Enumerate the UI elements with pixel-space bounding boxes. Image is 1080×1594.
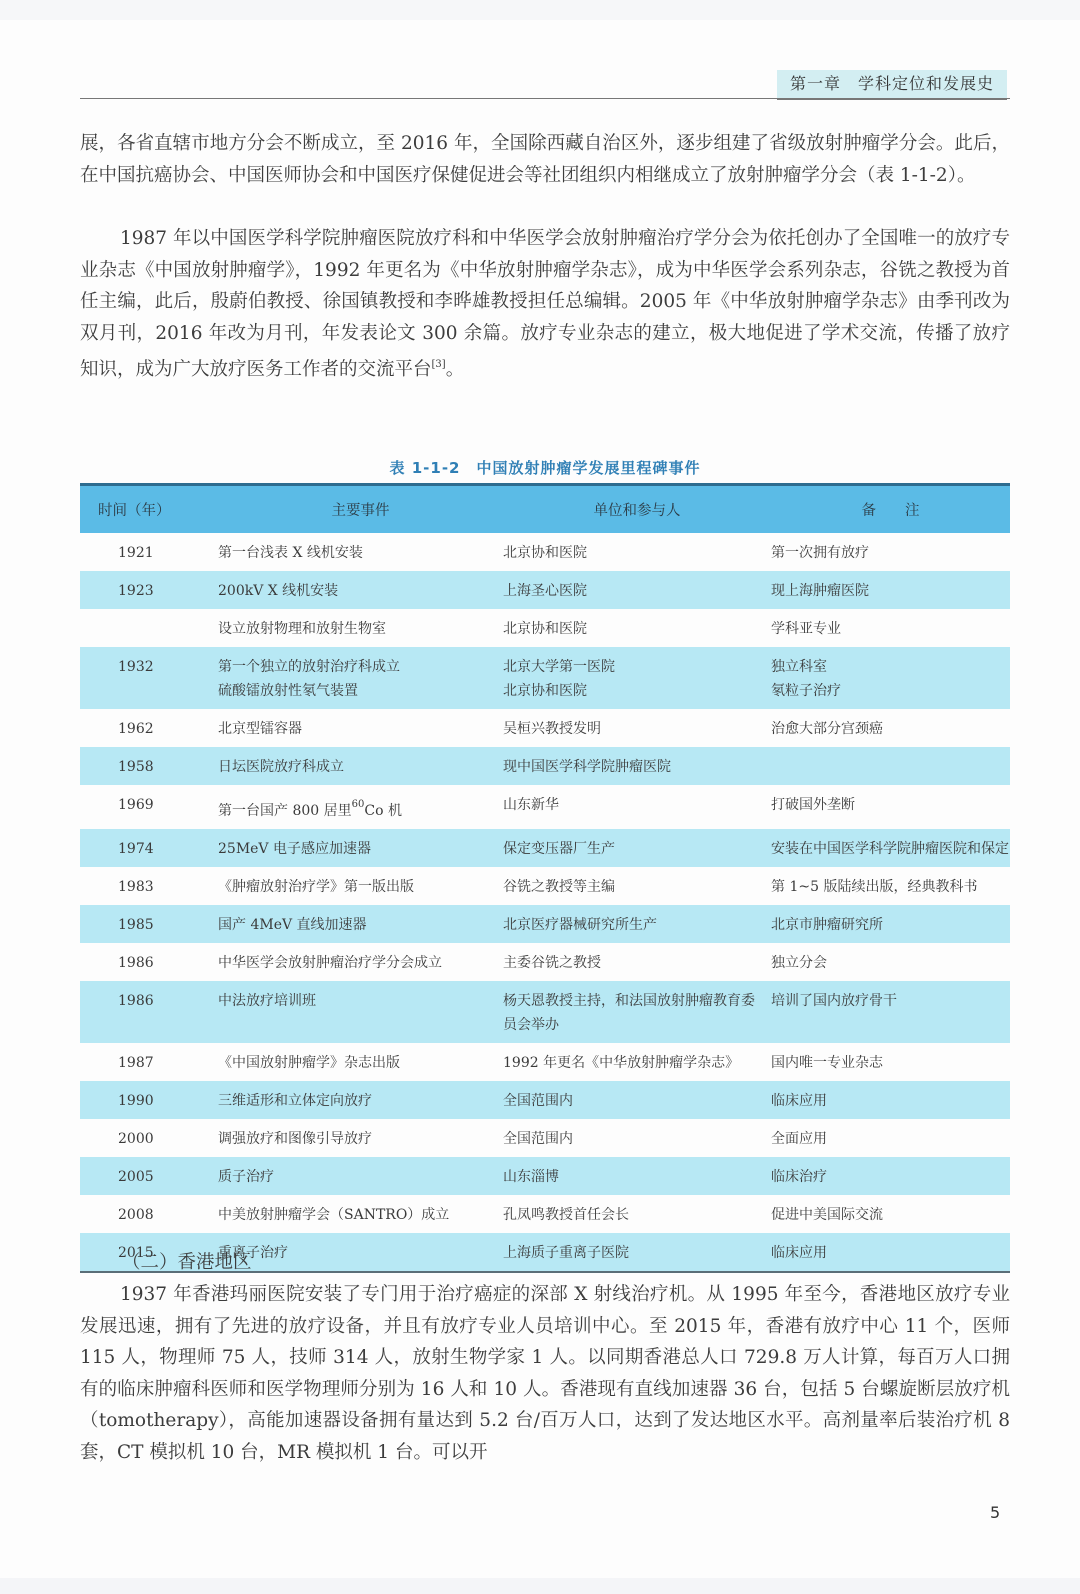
event-sup-text: 60	[352, 799, 365, 810]
citation-ref[interactable]: [3]	[432, 359, 446, 370]
cell-notes: 打破国外垄断	[771, 785, 1010, 829]
cell-organization: 北京医疗器械研究所生产	[503, 905, 771, 943]
org-text: 上海质子重离子医院	[503, 1245, 629, 1261]
note-text: 培训了国内放疗骨干	[771, 993, 897, 1009]
table-row: 2000调强放疗和图像引导放疗全国范围内全面应用	[80, 1119, 1010, 1157]
cell-event: 200kV X 线机安装	[218, 571, 503, 609]
note2-text: 氡粒子治疗	[771, 679, 1010, 703]
org-text: 现中国医学科学院肿瘤医院	[503, 759, 671, 775]
year-text: 1921	[118, 545, 154, 561]
table-row: 1932第一个独立的放射治疗科成立硫酸镭放射性氡气装置北京大学第一医院北京协和医…	[80, 647, 1010, 709]
year-text: 1969	[118, 797, 154, 813]
cell-event: 日坛医院放疗科成立	[218, 747, 503, 785]
cell-organization: 上海圣心医院	[503, 571, 771, 609]
cell-organization: 谷铣之教授等主编	[503, 867, 771, 905]
event-text: 质子治疗	[218, 1169, 274, 1185]
org-text: 北京协和医院	[503, 545, 587, 561]
cell-notes: 独立科室氡粒子治疗	[771, 647, 1010, 709]
cell-notes: 现上海肿瘤医院	[771, 571, 1010, 609]
org-text: 杨天恩教授主持，和法国放射肿瘤教育委员会举办	[503, 993, 755, 1033]
year-text: 1932	[118, 659, 154, 675]
chapter-running-header: 第一章 学科定位和发展史	[777, 70, 1007, 100]
event-text: 200kV X 线机安装	[218, 583, 338, 599]
cell-notes: 安装在中国医学科学院肿瘤医院和保定	[771, 829, 1010, 867]
event-text: 调强放疗和图像引导放疗	[218, 1131, 372, 1147]
cell-organization: 保定变压器厂生产	[503, 829, 771, 867]
cell-organization: 北京协和医院	[503, 533, 771, 571]
note-text: 全面应用	[771, 1131, 827, 1147]
event-text: 25MeV 电子感应加速器	[218, 841, 371, 857]
org-text: 保定变压器厂生产	[503, 841, 615, 857]
cell-year: 1958	[80, 747, 218, 785]
cell-organization: 1992 年更名《中华放射肿瘤学杂志》	[503, 1043, 771, 1081]
cell-event: 国产 4MeV 直线加速器	[218, 905, 503, 943]
year-text: 1987	[118, 1055, 154, 1071]
cell-organization: 孔凤鸣教授首任会长	[503, 1195, 771, 1233]
event-text: 设立放射物理和放射生物室	[218, 621, 386, 637]
note-text: 安装在中国医学科学院肿瘤医院和保定	[771, 841, 1009, 857]
event-text: 第一台浅表 X 线机安装	[218, 545, 363, 561]
year-text: 1974	[118, 841, 154, 857]
bottom-margin-band	[0, 1578, 1080, 1594]
paragraph-hong-kong: 1937 年香港玛丽医院安装了专门用于治疗癌症的深部 X 射线治疗机。从 199…	[80, 1279, 1010, 1469]
cell-event: 质子治疗	[218, 1157, 503, 1195]
cell-year: 1990	[80, 1081, 218, 1119]
cell-year	[80, 609, 218, 647]
top-margin-band	[0, 0, 1080, 20]
cell-notes: 全面应用	[771, 1119, 1010, 1157]
cell-organization: 吴桓兴教授发明	[503, 709, 771, 747]
event-text: 三维适形和立体定向放疗	[218, 1093, 372, 1109]
table-row: 1987《中国放射肿瘤学》杂志出版1992 年更名《中华放射肿瘤学杂志》国内唯一…	[80, 1043, 1010, 1081]
year-text: 1962	[118, 721, 154, 737]
table-row: 2005质子治疗山东淄博临床治疗	[80, 1157, 1010, 1195]
event-text: 中华医学会放射肿瘤治疗学分会成立	[218, 955, 442, 971]
org-text: 吴桓兴教授发明	[503, 721, 601, 737]
cell-notes: 第 1~5 版陆续出版，经典教科书	[771, 867, 1010, 905]
column-header-year: 时间（年）	[80, 485, 218, 534]
year-text: 1958	[118, 759, 154, 775]
year-text: 2000	[118, 1131, 154, 1147]
event-text: 中美放射肿瘤学会（SANTRO）成立	[218, 1207, 449, 1223]
table-row: 1990三维适形和立体定向放疗全国范围内临床应用	[80, 1081, 1010, 1119]
cell-year: 1986	[80, 981, 218, 1043]
table-row: 1958日坛医院放疗科成立现中国医学科学院肿瘤医院	[80, 747, 1010, 785]
event-text: 中法放疗培训班	[218, 993, 316, 1009]
column-header-organization: 单位和参与人	[503, 485, 771, 534]
cell-organization: 全国范围内	[503, 1119, 771, 1157]
paragraph-provincial-branches: 展，各省直辖市地方分会不断成立，至 2016 年，全国除西藏自治区外，逐步组建了…	[80, 128, 1010, 191]
event-text: 《中国放射肿瘤学》杂志出版	[218, 1055, 400, 1071]
note-text: 第 1~5 版陆续出版，经典教科书	[771, 879, 977, 895]
cell-event: 《肿瘤放射治疗学》第一版出版	[218, 867, 503, 905]
table-row: 1986中法放疗培训班杨天恩教授主持，和法国放射肿瘤教育委员会举办培训了国内放疗…	[80, 981, 1010, 1043]
cell-event: 《中国放射肿瘤学》杂志出版	[218, 1043, 503, 1081]
event-tail-text: Co 机	[364, 803, 402, 819]
cell-organization: 杨天恩教授主持，和法国放射肿瘤教育委员会举办	[503, 981, 771, 1043]
event-text: 国产 4MeV 直线加速器	[218, 917, 367, 933]
cell-event: 设立放射物理和放射生物室	[218, 609, 503, 647]
table-row: 2008中美放射肿瘤学会（SANTRO）成立孔凤鸣教授首任会长促进中美国际交流	[80, 1195, 1010, 1233]
note-text: 打破国外垄断	[771, 797, 855, 813]
note-text: 治愈大部分宫颈癌	[771, 721, 883, 737]
org-text: 全国范围内	[503, 1131, 573, 1147]
note-text: 北京市肿瘤研究所	[771, 917, 883, 933]
org-text: 上海圣心医院	[503, 583, 587, 599]
table-row: 1969第一台国产 800 居里60Co 机山东新华打破国外垄断	[80, 785, 1010, 829]
header-rule	[80, 98, 1010, 99]
event-text: 第一台国产 800 居里	[218, 803, 352, 819]
cell-notes: 治愈大部分宫颈癌	[771, 709, 1010, 747]
org-text: 山东淄博	[503, 1169, 559, 1185]
cell-notes: 临床应用	[771, 1233, 1010, 1272]
cell-event: 三维适形和立体定向放疗	[218, 1081, 503, 1119]
cell-year: 1987	[80, 1043, 218, 1081]
org-text: 孔凤鸣教授首任会长	[503, 1207, 629, 1223]
cell-event: 中法放疗培训班	[218, 981, 503, 1043]
page-number: 5	[990, 1503, 1000, 1522]
event-text: 《肿瘤放射治疗学》第一版出版	[218, 879, 414, 895]
year-text: 1923	[118, 583, 154, 599]
table-row: 设立放射物理和放射生物室北京协和医院学科亚专业	[80, 609, 1010, 647]
note-text: 独立科室	[771, 655, 1010, 679]
cell-event: 北京型镭容器	[218, 709, 503, 747]
cell-notes: 国内唯一专业杂志	[771, 1043, 1010, 1081]
note-text: 独立分会	[771, 955, 827, 971]
cell-notes: 临床治疗	[771, 1157, 1010, 1195]
table-row: 1921第一台浅表 X 线机安装北京协和医院第一次拥有放疗	[80, 533, 1010, 571]
table-row: 197425MeV 电子感应加速器保定变压器厂生产安装在中国医学科学院肿瘤医院和…	[80, 829, 1010, 867]
note-text: 临床应用	[771, 1093, 827, 1109]
table-row: 1962北京型镭容器吴桓兴教授发明治愈大部分宫颈癌	[80, 709, 1010, 747]
cell-year: 1986	[80, 943, 218, 981]
milestones-table: 时间（年） 主要事件 单位和参与人 备 注 1921第一台浅表 X 线机安装北京…	[80, 483, 1010, 1273]
cell-year: 1974	[80, 829, 218, 867]
event-text: 北京型镭容器	[218, 721, 302, 737]
cell-organization: 全国范围内	[503, 1081, 771, 1119]
column-header-notes: 备 注	[771, 485, 1010, 534]
cell-event: 中美放射肿瘤学会（SANTRO）成立	[218, 1195, 503, 1233]
cell-event: 调强放疗和图像引导放疗	[218, 1119, 503, 1157]
note-text: 现上海肿瘤医院	[771, 583, 869, 599]
cell-year: 1983	[80, 867, 218, 905]
org-text: 谷铣之教授等主编	[503, 879, 615, 895]
cell-notes: 第一次拥有放疗	[771, 533, 1010, 571]
year-text: 1986	[118, 955, 154, 971]
org-text: 主委谷铣之教授	[503, 955, 601, 971]
paragraph-end: 。	[446, 359, 465, 380]
year-text: 2005	[118, 1169, 154, 1185]
section-heading-hong-kong: （二）香港地区	[122, 1248, 252, 1274]
year-text: 1990	[118, 1093, 154, 1109]
note-text: 临床治疗	[771, 1169, 827, 1185]
cell-year: 1932	[80, 647, 218, 709]
table-row: 1986中华医学会放射肿瘤治疗学分会成立主委谷铣之教授独立分会	[80, 943, 1010, 981]
cell-event: 第一个独立的放射治疗科成立硫酸镭放射性氡气装置	[218, 647, 503, 709]
column-header-event: 主要事件	[218, 485, 503, 534]
org-text: 北京医疗器械研究所生产	[503, 917, 657, 933]
year-text: 2008	[118, 1207, 154, 1223]
table-row: 1983《肿瘤放射治疗学》第一版出版谷铣之教授等主编第 1~5 版陆续出版，经典…	[80, 867, 1010, 905]
cell-organization: 北京协和医院	[503, 609, 771, 647]
event-text: 日坛医院放疗科成立	[218, 759, 344, 775]
cell-event: 第一台国产 800 居里60Co 机	[218, 785, 503, 829]
cell-year: 1985	[80, 905, 218, 943]
table-row: 1985国产 4MeV 直线加速器北京医疗器械研究所生产北京市肿瘤研究所	[80, 905, 1010, 943]
org-text: 全国范围内	[503, 1093, 573, 1109]
cell-year: 1921	[80, 533, 218, 571]
cell-notes: 促进中美国际交流	[771, 1195, 1010, 1233]
cell-event: 重离子治疗	[218, 1233, 503, 1272]
cell-year: 2000	[80, 1119, 218, 1157]
cell-organization: 现中国医学科学院肿瘤医院	[503, 747, 771, 785]
year-text: 1983	[118, 879, 154, 895]
cell-year: 2008	[80, 1195, 218, 1233]
org2-text: 北京协和医院	[503, 679, 761, 703]
cell-notes: 北京市肿瘤研究所	[771, 905, 1010, 943]
cell-organization: 上海质子重离子医院	[503, 1233, 771, 1272]
event-text: 第一个独立的放射治疗科成立	[218, 655, 503, 679]
note-text: 学科亚专业	[771, 621, 841, 637]
table-header-row: 时间（年） 主要事件 单位和参与人 备 注	[80, 485, 1010, 534]
org-text: 北京大学第一医院	[503, 655, 761, 679]
cell-event: 第一台浅表 X 线机安装	[218, 533, 503, 571]
org-text: 山东新华	[503, 797, 559, 813]
table-caption: 表 1-1-2 中国放射肿瘤学发展里程碑事件	[80, 457, 1010, 478]
note-text: 临床应用	[771, 1245, 827, 1261]
cell-notes: 学科亚专业	[771, 609, 1010, 647]
cell-notes: 临床应用	[771, 1081, 1010, 1119]
table-row: 1923200kV X 线机安装上海圣心医院现上海肿瘤医院	[80, 571, 1010, 609]
paragraph-journal-history: 1987 年以中国医学科学院肿瘤医院放疗科和中华医学会放射肿瘤治疗学分会为依托创…	[80, 223, 1010, 386]
cell-organization: 主委谷铣之教授	[503, 943, 771, 981]
cell-event: 中华医学会放射肿瘤治疗学分会成立	[218, 943, 503, 981]
org-text: 北京协和医院	[503, 621, 587, 637]
year-text: 1986	[118, 993, 154, 1009]
event2-text: 硫酸镭放射性氡气装置	[218, 679, 503, 703]
cell-event: 25MeV 电子感应加速器	[218, 829, 503, 867]
cell-year: 1923	[80, 571, 218, 609]
cell-notes: 培训了国内放疗骨干	[771, 981, 1010, 1043]
note-text: 国内唯一专业杂志	[771, 1055, 883, 1071]
cell-organization: 山东新华	[503, 785, 771, 829]
cell-year: 2005	[80, 1157, 218, 1195]
cell-organization: 山东淄博	[503, 1157, 771, 1195]
paragraph-text: 1937 年香港玛丽医院安装了专门用于治疗癌症的深部 X 射线治疗机。从 199…	[80, 1284, 1010, 1463]
cell-year: 1969	[80, 785, 218, 829]
paragraph-text: 1987 年以中国医学科学院肿瘤医院放疗科和中华医学会放射肿瘤治疗学分会为依托创…	[80, 228, 1010, 380]
cell-organization: 北京大学第一医院北京协和医院	[503, 647, 771, 709]
note-text: 促进中美国际交流	[771, 1207, 883, 1223]
cell-notes	[771, 747, 1010, 785]
note-text: 第一次拥有放疗	[771, 545, 869, 561]
year-text: 1985	[118, 917, 154, 933]
cell-year: 1962	[80, 709, 218, 747]
cell-notes: 独立分会	[771, 943, 1010, 981]
org-text: 1992 年更名《中华放射肿瘤学杂志》	[503, 1055, 739, 1071]
